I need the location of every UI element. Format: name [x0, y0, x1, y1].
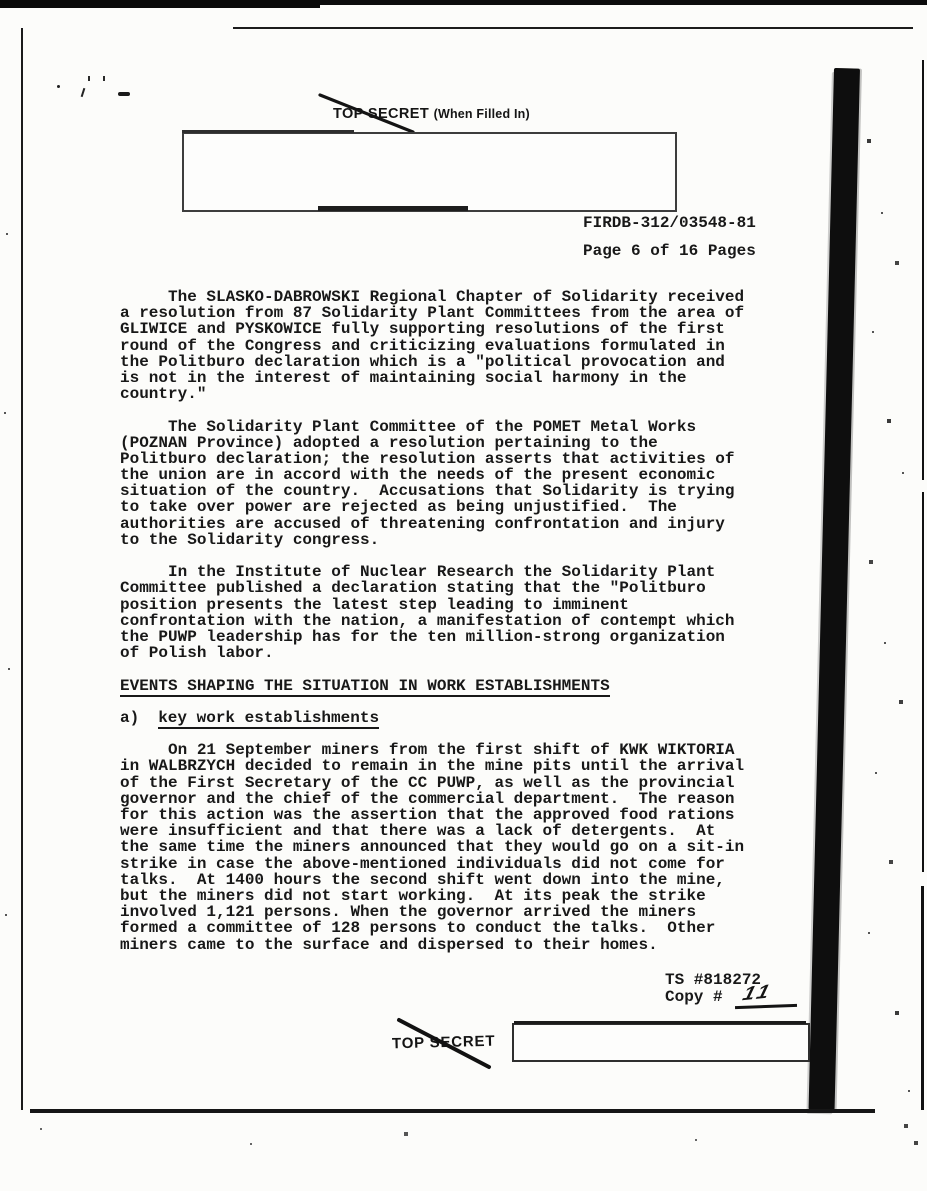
classification-qualifier: (When Filled In): [434, 107, 530, 121]
pen-mark: [57, 85, 60, 88]
classification-label: TOP SECRET: [333, 106, 429, 122]
page-edge-line: [922, 60, 924, 480]
bottom-horizontal-rule: [30, 1109, 875, 1113]
left-margin-rule: [21, 28, 23, 1110]
pen-mark: [88, 76, 90, 81]
document-body: The SLASKO-DABROWSKI Regional Chapter of…: [120, 289, 744, 953]
classification-stamp-bottom: TOP SECRET: [392, 1033, 496, 1053]
redaction-box-edge: [318, 206, 468, 211]
classification-stamp-top: TOP SECRET (When Filled In): [333, 106, 530, 122]
redaction-box-edge: [514, 1021, 806, 1024]
redaction-box-footer: [512, 1023, 810, 1062]
pen-mark: [118, 92, 130, 96]
subsection-title: key work establishments: [158, 709, 379, 729]
subsection-letter: a): [120, 709, 139, 727]
page-edge-line: [922, 492, 924, 872]
page-count: Page 6 of 16 Pages: [583, 242, 756, 260]
paragraph-4: On 21 September miners from the first sh…: [120, 742, 744, 952]
paragraph-2: The Solidarity Plant Committee of the PO…: [120, 419, 744, 549]
subsection-heading: a)key work establishments: [120, 710, 744, 726]
paragraph-1: The SLASKO-DABROWSKI Regional Chapter of…: [120, 289, 744, 402]
pen-mark: [81, 88, 86, 97]
scanned-document-page: TOP SECRET (When Filled In) FIRDB-312/03…: [0, 0, 927, 1191]
scan-noise: [0, 0, 2, 2]
top-horizontal-rule: [233, 27, 913, 29]
copy-number-label: Copy #: [665, 988, 723, 1006]
binding-shadow-band: [809, 68, 860, 1110]
paragraph-3: In the Institute of Nuclear Research the…: [120, 564, 744, 661]
page-edge-line: [921, 886, 924, 1110]
section-heading: EVENTS SHAPING THE SITUATION IN WORK EST…: [120, 678, 744, 694]
redaction-box-edge: [182, 130, 354, 133]
document-number: FIRDB-312/03548-81: [583, 214, 756, 232]
scan-edge-bar-thick: [0, 0, 320, 8]
pen-mark: [103, 76, 105, 81]
redaction-box-header: [182, 132, 677, 212]
